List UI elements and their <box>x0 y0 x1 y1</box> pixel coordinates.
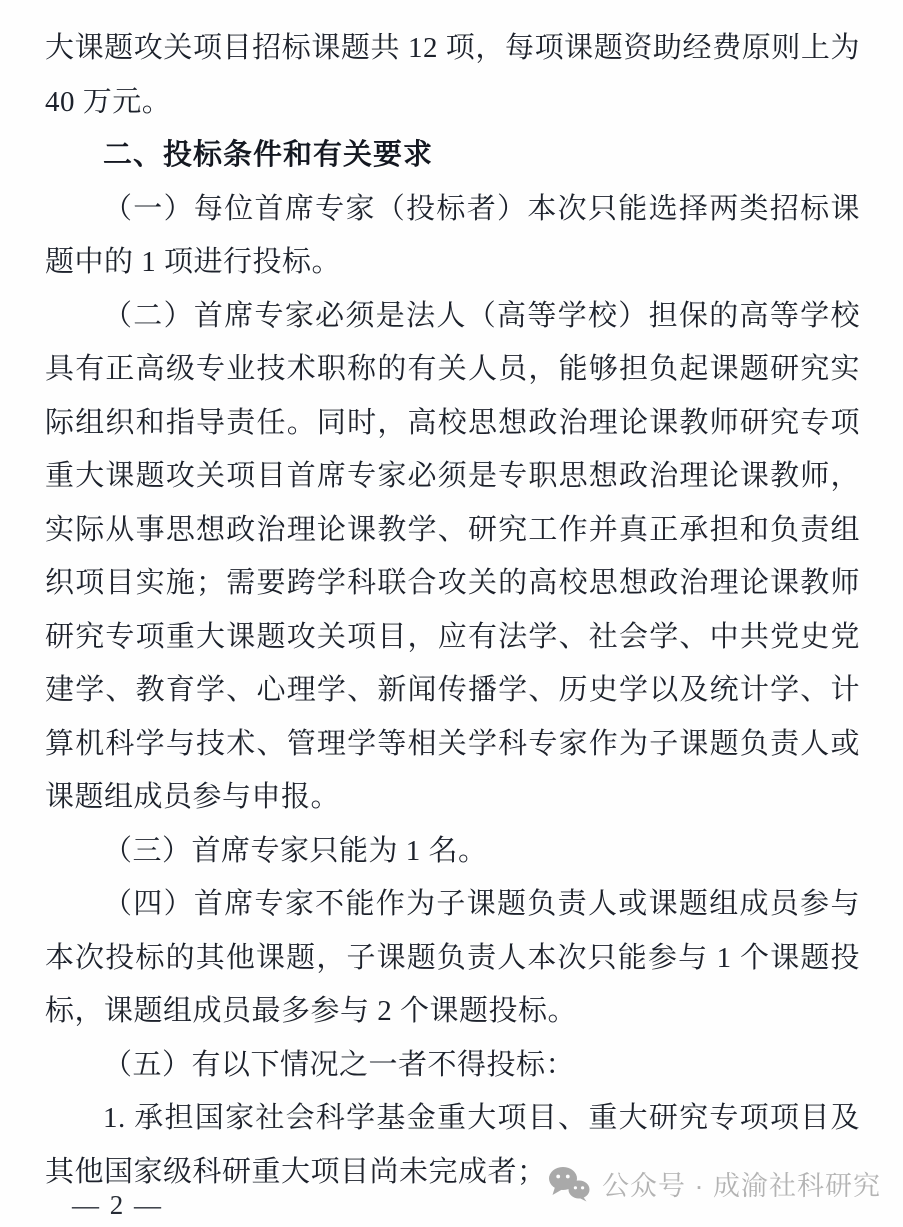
paragraph-condition-2: （二）首席专家必须是法人（高等学校）担保的高等学校具有正高级专业技术职称的有关人… <box>45 290 860 825</box>
paragraph-condition-5: （五）有以下情况之一者不得投标： <box>45 1039 860 1093</box>
paragraph-funding: 大课题攻关项目招标课题共 12 项，每项课题资助经费原则上为 40 万元。 <box>45 22 860 129</box>
paragraph-condition-1: （一）每位首席专家（投标者）本次只能选择两类招标课题中的 1 项进行投标。 <box>45 183 860 290</box>
wechat-icon <box>548 1166 590 1202</box>
section-heading-bid-conditions: 二、投标条件和有关要求 <box>45 129 860 183</box>
document-page: 大课题攻关项目招标课题共 12 项，每项课题资助经费原则上为 40 万元。 二、… <box>0 0 903 1227</box>
paragraph-condition-4: （四）首席专家不能作为子课题负责人或课题组成员参与本次投标的其他课题，子课题负责… <box>45 878 860 1039</box>
paragraph-condition-3: （三）首席专家只能为 1 名。 <box>45 825 860 879</box>
page-number: — 2 — <box>72 1190 163 1221</box>
wechat-watermark: 公众号 · 成渝社科研究 <box>548 1164 881 1203</box>
document-body: 大课题攻关项目招标课题共 12 项，每项课题资助经费原则上为 40 万元。 二、… <box>45 22 860 1199</box>
watermark-label: 公众号 · 成渝社科研究 <box>602 1164 881 1203</box>
